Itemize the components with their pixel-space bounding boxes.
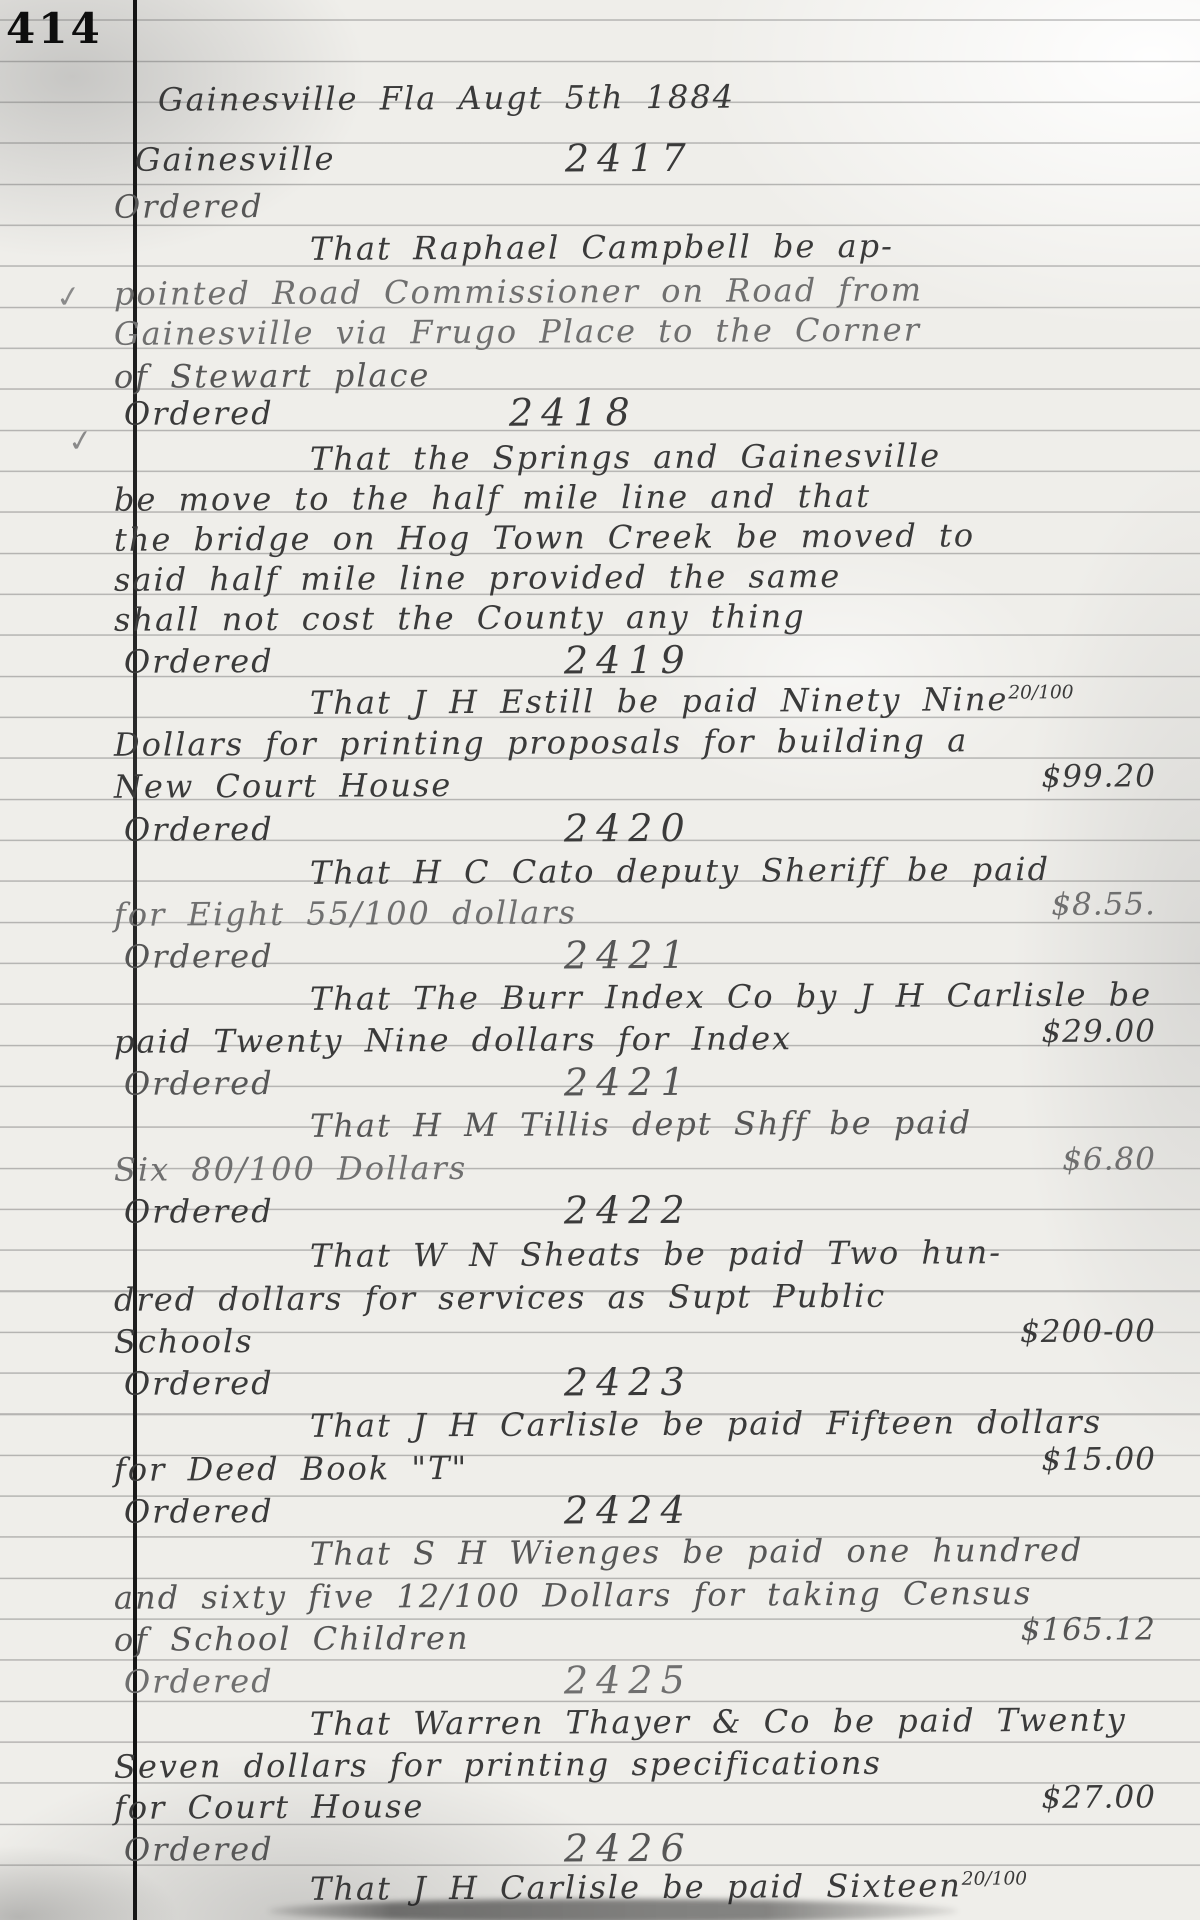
line-text: of School Children [114, 1619, 470, 1659]
line-text: That S H Wienges be paid one hundred [310, 1531, 1084, 1573]
line-text: Seven dollars for printing specification… [114, 1744, 882, 1786]
scan-smudge [0, 1845, 180, 1920]
handwritten-line: That Raphael Campbell be ap- [140, 225, 1182, 276]
line-amount: $165.12 [1021, 1611, 1156, 1648]
order-number: 2417 [565, 136, 694, 181]
line-text: That The Burr Index Co by J H Carlisle b… [310, 975, 1152, 1017]
line-text: That W N Sheats be paid Two hun- [310, 1233, 1002, 1275]
line-amount: $8.55. [1051, 886, 1156, 923]
check-mark-icon: ✓ [66, 422, 96, 460]
line-text: Ordered [124, 1064, 274, 1103]
line-text: for Eight 55/100 dollars [114, 893, 577, 933]
line-amount: $6.80 [1062, 1141, 1156, 1177]
line-text: Ordered [124, 1492, 274, 1531]
line-amount: $200-00 [1020, 1313, 1156, 1350]
line-text: Ordered [124, 394, 274, 433]
line-text: That Raphael Campbell be ap- [310, 227, 894, 268]
line-text: Ordered [124, 642, 274, 681]
line-amount: $27.00 [1041, 1779, 1156, 1816]
line-text: Ordered [124, 1364, 274, 1403]
check-mark-icon: ✓ [54, 278, 84, 316]
order-heading-line: Ordered2420 [124, 805, 1182, 857]
line-text: shall not cost the County any thing [114, 597, 806, 639]
line-text: of Stewart place [114, 356, 431, 396]
line-text: That J H Carlisle be paid Fifteen dollar… [310, 1403, 1102, 1445]
line-text: pointed Road Commissioner on Road from [114, 271, 923, 313]
order-number: 2423 [564, 1360, 693, 1405]
order-heading-line: Ordered2418 [124, 389, 1182, 441]
order-number: 2424 [564, 1488, 693, 1533]
handwritten-line: Gainesville Fla Augt 5th 1884 [158, 75, 1182, 126]
page-number: 414 [6, 4, 103, 53]
line-text: That the Springs and Gainesville [310, 437, 941, 478]
line-text: Ordered [124, 810, 274, 849]
line-text: New Court House [114, 766, 453, 806]
order-number: 2419 [564, 638, 693, 683]
order-number: 2421 [564, 933, 693, 978]
order-number: 2422 [564, 1188, 693, 1233]
line-text: Ordered [124, 1192, 274, 1231]
order-number: 2421 [564, 1060, 693, 1105]
line-text: Ordered [114, 187, 264, 226]
fraction-superscript: 20/100 [962, 1868, 1027, 1889]
line-text: paid Twenty Nine dollars for Index [114, 1019, 792, 1061]
line-text: Ordered [124, 1662, 274, 1701]
order-number: 2418 [509, 390, 638, 435]
line-amount: $29.00 [1041, 1013, 1156, 1050]
line-text: That J H Estill be paid Ninety Nine [310, 680, 1009, 722]
line-text: for Court House [114, 1787, 425, 1827]
order-heading-line: Ordered2422 [124, 1187, 1182, 1239]
line-text: and sixty five 12/100 Dollars for taking… [114, 1574, 1033, 1617]
line-text: dred dollars for services as Supt Public [114, 1277, 886, 1319]
order-number: 2420 [564, 806, 693, 851]
line-text: Gainesville Fla Augt 5th 1884 [158, 78, 735, 119]
line-text: Gainesville via Frugo Place to the Corne… [114, 311, 921, 353]
line-text: be move to the half mile line and that [114, 477, 871, 519]
order-number: 2426 [564, 1826, 693, 1871]
line-text: That Warren Thayer & Co be paid Twenty [310, 1701, 1127, 1743]
line-text: Gainesville [135, 140, 336, 179]
line-text: the bridge on Hog Town Creek be moved to [114, 516, 975, 559]
line-text: Dollars for printing proposals for build… [114, 721, 968, 763]
line-text: That H C Cato deputy Sheriff be paid [310, 850, 1050, 892]
ledger-page-scan: 414 ✓ ✓ Gainesville Fla Augt 5th 1884 Ga… [0, 0, 1200, 1920]
fraction-superscript: 20/100 [1008, 682, 1073, 703]
line-text: That H M Tillis dept Shff be paid [310, 1103, 972, 1144]
order-number: 2425 [564, 1658, 693, 1703]
line-text: for Deed Book "T" [114, 1449, 468, 1489]
scan-smudge [268, 1899, 958, 1920]
line-amount: $15.00 [1041, 1441, 1156, 1478]
line-text: Six 80/100 Dollars [114, 1149, 468, 1189]
line-amount: $99.20 [1041, 758, 1156, 795]
line-text: Schools [114, 1322, 254, 1361]
order-heading-line: Gainesville2417 [135, 135, 1182, 186]
line-text: Ordered [124, 937, 274, 976]
line-text: said half mile line provided the same [114, 557, 841, 599]
